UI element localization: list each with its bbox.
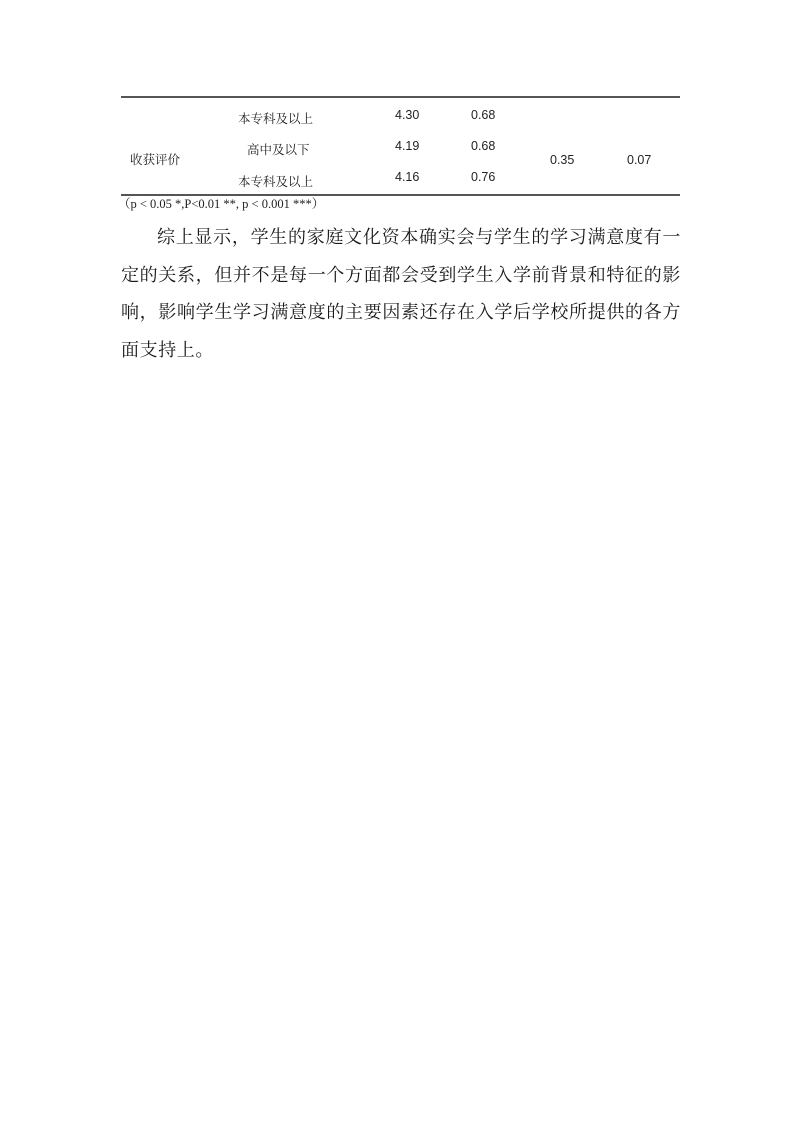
table-row-2-mean: 4.19 xyxy=(395,138,419,154)
document-page: 收获评价 本专科及以上 4.30 0.68 高中及以下 4.19 0.68 本专… xyxy=(0,0,800,1131)
table-row-3-level: 本专科及以上 xyxy=(238,174,313,190)
table-row-3-mean: 4.16 xyxy=(395,169,419,185)
statistics-table: 收获评价 本专科及以上 4.30 0.68 高中及以下 4.19 0.68 本专… xyxy=(121,96,680,196)
table-row-2-level: 高中及以下 xyxy=(247,142,310,158)
table-row-1-level: 本专科及以上 xyxy=(238,111,313,127)
body-paragraph: 综上显示，学生的家庭文化资本确实会与学生的学习满意度有一定的关系，但并不是每一个… xyxy=(121,219,681,369)
significance-footnote: （p < 0.05 *,P<0.01 **, p < 0.001 ***） xyxy=(118,194,324,212)
p-value-cell: 0.07 xyxy=(627,152,651,168)
table-row-3-sd: 0.76 xyxy=(471,169,495,185)
table-row-1-mean: 4.30 xyxy=(395,107,419,123)
table-row-2-sd: 0.68 xyxy=(471,138,495,154)
group-label-cell: 收获评价 xyxy=(130,152,180,168)
f-value-cell: 0.35 xyxy=(550,152,574,168)
table-row-1-sd: 0.68 xyxy=(471,107,495,123)
